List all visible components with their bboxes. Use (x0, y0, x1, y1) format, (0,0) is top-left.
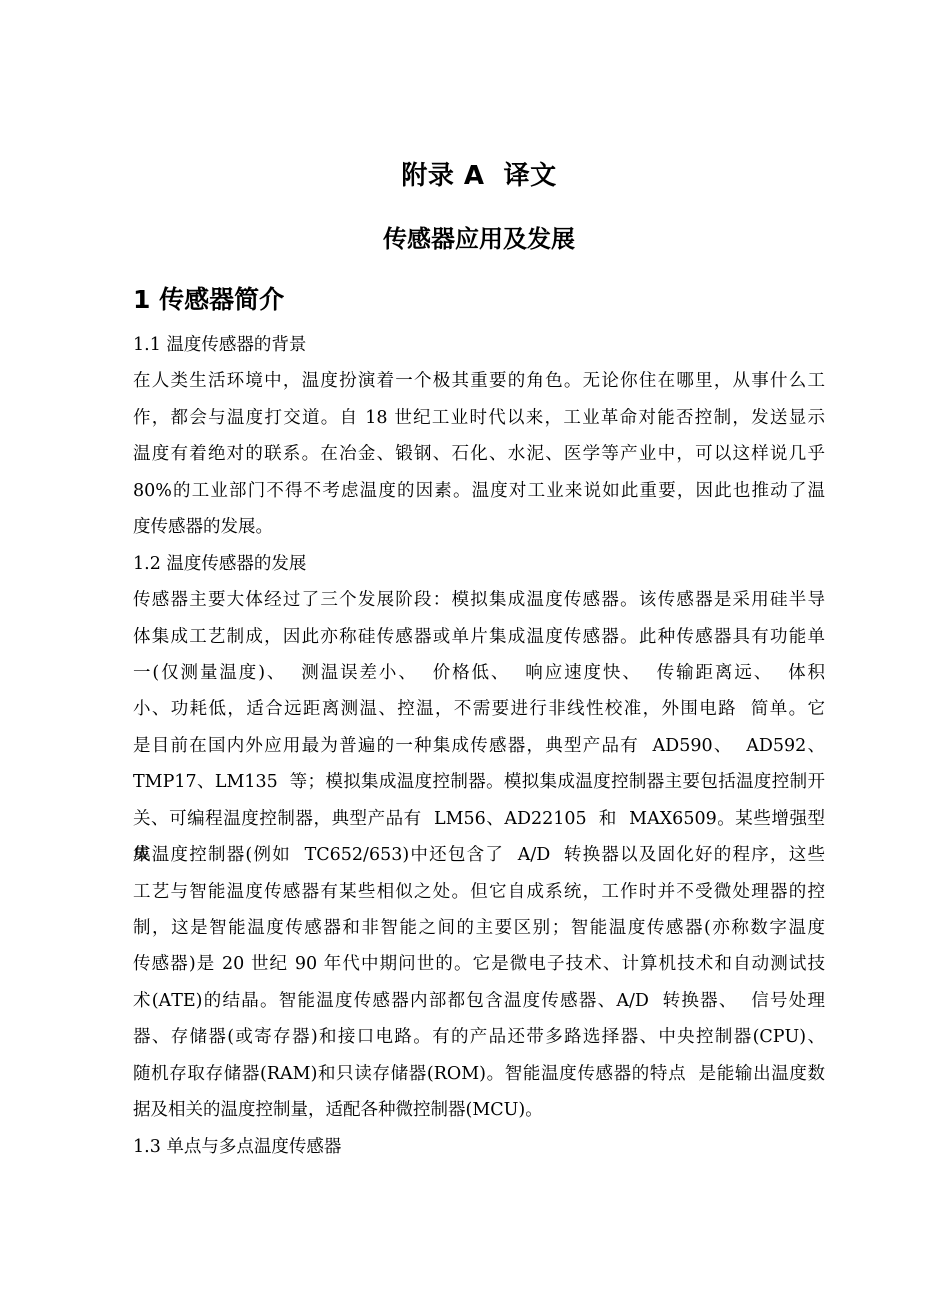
body-text-line: 关、可编程温度控制器，典型产品有 LM56、AD22105 和 MAX6509。… (133, 801, 825, 837)
body-text-line: 随机存取存储器(RAM)和只读存储器(ROM)。智能温度传感器的特点 是能输出温… (133, 1056, 825, 1092)
document-subtitle: 传感器应用及发展 (133, 224, 825, 254)
subsection-heading: 1.3 单点与多点温度传感器 (133, 1129, 825, 1165)
body-text-line: 传感器主要大体经过了三个发展阶段：模拟集成温度传感器。该传感器是采用硅半导 (133, 582, 825, 618)
subsection-heading: 1.1 温度传感器的背景 (133, 327, 825, 363)
body-text-line: 小、功耗低，适合远距离测温、控温，不需要进行非线性校准，外围电路 简单。它 (133, 691, 825, 727)
document-page: 附录 A 译文 传感器应用及发展 1 传感器简介 1.1 温度传感器的背景在人类… (0, 0, 926, 1309)
body-text-line: TMP17、LM135 等；模拟集成温度控制器。模拟集成温度控制器主要包括温度控… (133, 764, 825, 800)
body-text-line: 是目前在国内外应用最为普遍的一种集成传感器，典型产品有 AD590、 AD592… (133, 728, 825, 764)
body-text-line: 工艺与智能温度传感器有某些相似之处。但它自成系统，工作时并不受微处理器的控 (133, 874, 825, 910)
body-text-line: 成温度控制器(例如 TC652/653)中还包含了 A/D 转换器以及固化好的程… (133, 837, 825, 873)
body-text-line: 体集成工艺制成，因此亦称硅传感器或单片集成温度传感器。此种传感器具有功能单 (133, 619, 825, 655)
body-text-line: 80%的工业部门不得不考虑温度的因素。温度对工业来说如此重要，因此也推动了温 (133, 473, 825, 509)
section-1-heading: 1 传感器简介 (133, 285, 825, 315)
body-text-line: 度传感器的发展。 (133, 509, 825, 545)
body-text-line: 术(ATE)的结晶。智能温度传感器内部都包含温度传感器、A/D 转换器、 信号处… (133, 983, 825, 1019)
appendix-title: 附录 A 译文 (133, 160, 825, 192)
body-text-line: 器、存储器(或寄存器)和接口电路。有的产品还带多路选择器、中央控制器(CPU)、 (133, 1019, 825, 1055)
body-text-line: 据及相关的温度控制量，适配各种微控制器(MCU)。 (133, 1092, 825, 1128)
body-text-line: 传感器)是 20 世纪 90 年代中期问世的。它是微电子技术、计算机技术和自动测… (133, 946, 825, 982)
body-text-line: 制，这是智能温度传感器和非智能之间的主要区别；智能温度传感器(亦称数字温度 (133, 910, 825, 946)
body-text-line: 温度有着绝对的联系。在冶金、锻钢、石化、水泥、医学等产业中，可以这样说几乎 (133, 436, 825, 472)
subsection-heading: 1.2 温度传感器的发展 (133, 546, 825, 582)
body-text-line: 在人类生活环境中，温度扮演着一个极其重要的角色。无论你住在哪里，从事什么工 (133, 363, 825, 399)
body-text-line: 作，都会与温度打交道。自 18 世纪工业时代以来，工业革命对能否控制，发送显示 (133, 400, 825, 436)
document-body: 1.1 温度传感器的背景在人类生活环境中，温度扮演着一个极其重要的角色。无论你住… (133, 327, 825, 1165)
body-text-line: 一(仅测量温度)、 测温误差小、 价格低、 响应速度快、 传输距离远、 体积 (133, 655, 825, 691)
